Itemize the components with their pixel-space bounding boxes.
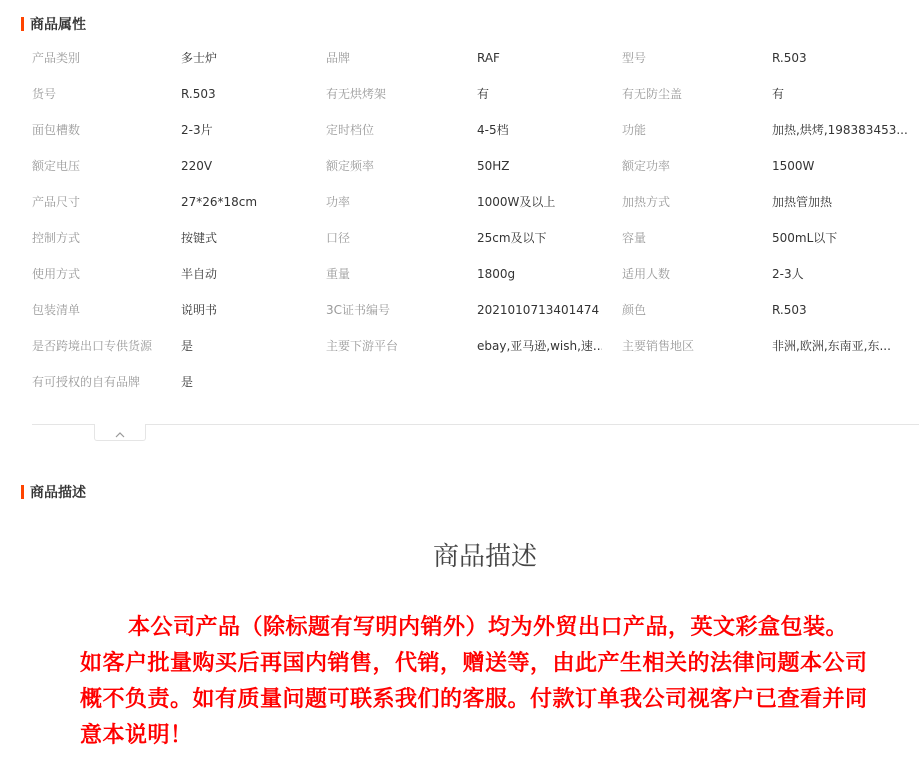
attribute-row: 产品尺寸 27*26*18cm 功率 1000W及以上 加热方式 加热管加热 — [32, 184, 919, 220]
attribute-row: 产品类别 多士炉 品牌 RAF 型号 R.503 — [32, 40, 919, 76]
attribute-value: 25cm及以下 — [477, 220, 602, 256]
attribute-key: 额定功率 — [622, 148, 767, 184]
attribute-value: 加热,烘烤,198383453... — [772, 112, 912, 148]
attribute-value: 500mL以下 — [772, 220, 897, 256]
attribute-row: 包装清单 说明书 3C证书编号 2021010713401474 颜色 R.50… — [32, 292, 919, 328]
section-accent-bar — [21, 485, 24, 499]
attribute-row: 货号 R.503 有无烘烤架 有 有无防尘盖 有 — [32, 76, 919, 112]
attribute-value: 多士炉 — [181, 40, 306, 76]
attribute-row: 是否跨境出口专供货源 是 主要下游平台 ebay,亚马逊,wish,速... 主… — [32, 328, 919, 364]
attribute-value: 有 — [477, 76, 602, 112]
attribute-key: 3C证书编号 — [326, 292, 471, 328]
attribute-value: 50HZ — [477, 148, 602, 184]
attribute-key: 是否跨境出口专供货源 — [32, 328, 177, 364]
attributes-divider — [32, 424, 919, 425]
attribute-value: 按键式 — [181, 220, 306, 256]
chevron-up-icon — [115, 431, 125, 439]
attribute-value: 4-5档 — [477, 112, 602, 148]
attributes-section-title: 商品属性 — [21, 14, 86, 34]
attribute-value: 说明书 — [181, 292, 306, 328]
description-section-title: 商品描述 — [21, 482, 86, 502]
attribute-key: 功率 — [326, 184, 471, 220]
collapse-attributes-button[interactable] — [94, 424, 146, 441]
attribute-key: 有无烘烤架 — [326, 76, 471, 112]
attribute-key: 产品尺寸 — [32, 184, 177, 220]
description-title-text: 商品描述 — [30, 482, 86, 502]
attribute-value: 2-3人 — [772, 256, 897, 292]
attribute-value: 有 — [772, 76, 897, 112]
attribute-key: 加热方式 — [622, 184, 767, 220]
attribute-key: 颜色 — [622, 292, 767, 328]
attribute-value: 是 — [181, 328, 306, 364]
description-heading: 商品描述 — [0, 536, 919, 573]
attribute-value: 非洲,欧洲,东南亚,东... — [772, 328, 897, 364]
attribute-value: 2-3片 — [181, 112, 306, 148]
section-accent-bar — [21, 17, 24, 31]
attribute-value: RAF — [477, 40, 602, 76]
attribute-key: 主要销售地区 — [622, 328, 767, 364]
attribute-key: 适用人数 — [622, 256, 767, 292]
attributes-title-text: 商品属性 — [30, 14, 86, 34]
attribute-key: 额定电压 — [32, 148, 177, 184]
attribute-value: 1000W及以上 — [477, 184, 602, 220]
attribute-value: 半自动 — [181, 256, 306, 292]
attribute-key: 有可授权的自有品牌 — [32, 364, 177, 400]
description-notice: 本公司产品（除标题有写明内销外）均为外贸出口产品，英文彩盒包装。如客户批量购买后… — [80, 610, 870, 754]
attribute-value: 220V — [181, 148, 306, 184]
attribute-value: 27*26*18cm — [181, 184, 306, 220]
attribute-value: R.503 — [772, 292, 897, 328]
attribute-key: 主要下游平台 — [326, 328, 471, 364]
attribute-key: 产品类别 — [32, 40, 177, 76]
attribute-key: 功能 — [622, 112, 767, 148]
attribute-row: 使用方式 半自动 重量 1800g 适用人数 2-3人 — [32, 256, 919, 292]
attribute-key: 品牌 — [326, 40, 471, 76]
attribute-value: 2021010713401474 — [477, 292, 602, 328]
attribute-value: ebay,亚马逊,wish,速... — [477, 328, 602, 364]
attribute-row: 额定电压 220V 额定频率 50HZ 额定功率 1500W — [32, 148, 919, 184]
attribute-value: 是 — [181, 364, 306, 400]
attribute-key: 面包槽数 — [32, 112, 177, 148]
attribute-value: R.503 — [181, 76, 306, 112]
attribute-key: 包装清单 — [32, 292, 177, 328]
attribute-key: 型号 — [622, 40, 767, 76]
attribute-value: 1500W — [772, 148, 897, 184]
attribute-row: 控制方式 按键式 口径 25cm及以下 容量 500mL以下 — [32, 220, 919, 256]
attribute-row: 有可授权的自有品牌 是 — [32, 364, 919, 400]
attribute-key: 口径 — [326, 220, 471, 256]
attribute-key: 定时档位 — [326, 112, 471, 148]
attribute-key: 有无防尘盖 — [622, 76, 767, 112]
attribute-key: 容量 — [622, 220, 767, 256]
attribute-key: 货号 — [32, 76, 177, 112]
attribute-value: R.503 — [772, 40, 897, 76]
attribute-row: 面包槽数 2-3片 定时档位 4-5档 功能 加热,烘烤,198383453..… — [32, 112, 919, 148]
attribute-key: 使用方式 — [32, 256, 177, 292]
attribute-value: 1800g — [477, 256, 602, 292]
attribute-value: 加热管加热 — [772, 184, 897, 220]
attribute-key: 额定频率 — [326, 148, 471, 184]
attribute-key: 重量 — [326, 256, 471, 292]
attribute-key: 控制方式 — [32, 220, 177, 256]
